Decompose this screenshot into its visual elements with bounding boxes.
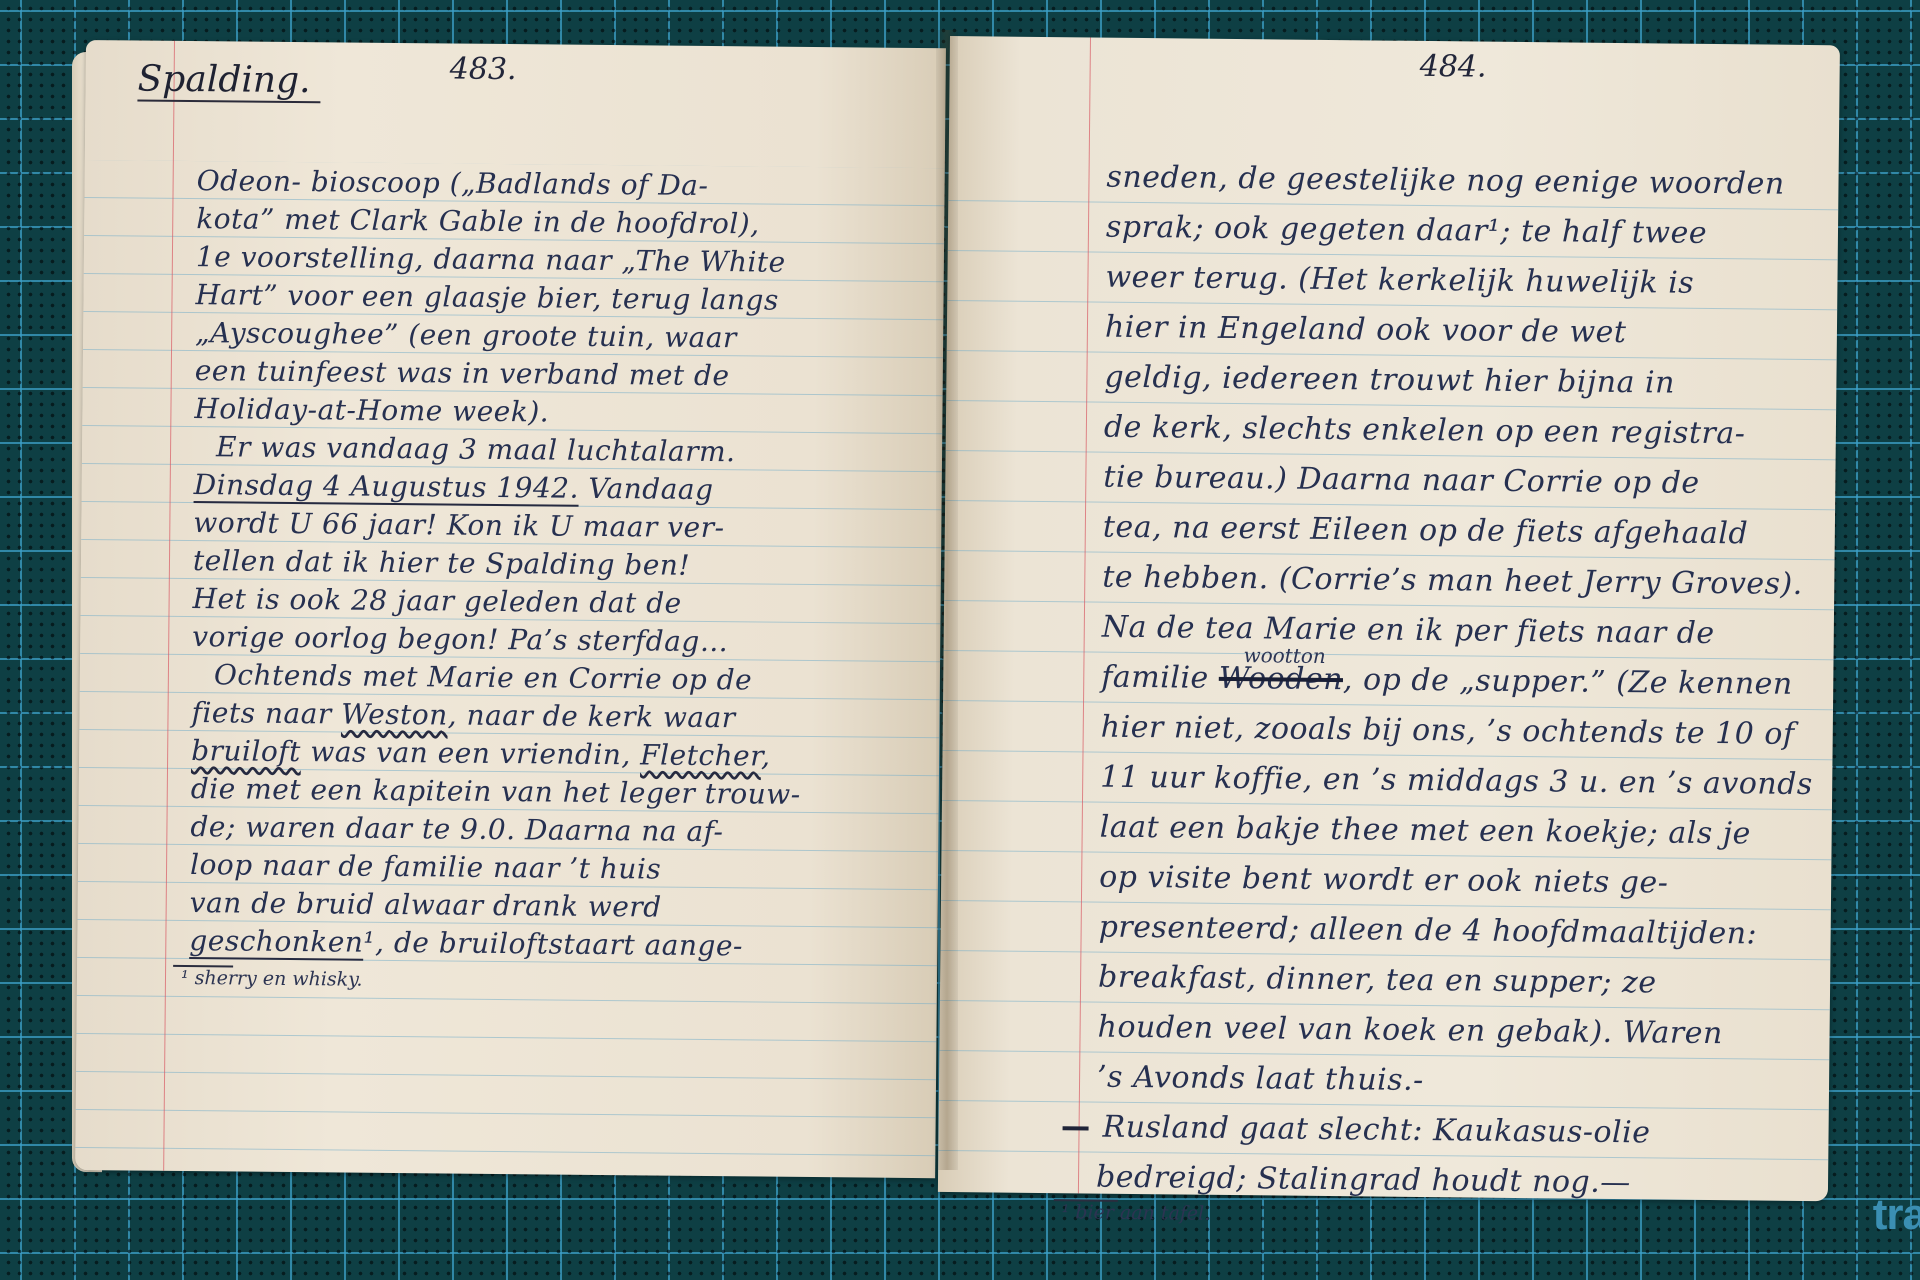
- text-line: Rusland gaat slecht: Kaukasus-olie: [1062, 1107, 1650, 1153]
- text-fragment: Rusland gaat slecht: Kaukasus-olie: [1102, 1110, 1650, 1151]
- right-page: 484. sneden, de geestelijke nog eenige w…: [938, 36, 1840, 1201]
- book-spine-gutter: [936, 30, 958, 1170]
- text-line: presenteerd; alleen de 4 hoofdmaaltijden…: [1098, 908, 1757, 955]
- text-line: sneden, de geestelijke nog eenige woorde…: [1106, 158, 1785, 205]
- text-line: familie Wooden, op de „supper.” (Ze kenn…: [1101, 658, 1793, 705]
- dash-mark: [1063, 1126, 1089, 1130]
- text-line: 11 uur koffie, en ’s middags 3 u. en ’s …: [1100, 758, 1813, 805]
- text-line: tie bureau.) Daarna naar Corrie op de: [1103, 458, 1700, 504]
- text-line: ’s Avonds laat thuis.-: [1097, 1058, 1424, 1101]
- footnote: ¹ bier aan tafel.: [1062, 1201, 1211, 1225]
- text-fragment: familie: [1101, 660, 1219, 696]
- text-line: geldig, iedereen trouwt hier bijna in: [1104, 358, 1675, 404]
- text-line: sprak; ook gegeten daar¹; te half twee: [1106, 208, 1707, 254]
- text-line: tea, na eerst Eileen op de fiets afgehaa…: [1103, 508, 1749, 555]
- struck-out-word: Wooden: [1219, 661, 1344, 697]
- text-line: laat een bakje thee met een koekje; als …: [1100, 808, 1751, 855]
- text-line: bedreigd; Stalingrad houdt nog.—: [1096, 1158, 1631, 1204]
- text-line: weer terug. (Het kerkelijk huwelijk is: [1105, 258, 1694, 304]
- text-line: de kerk, slechts enkelen op een registra…: [1104, 408, 1746, 455]
- text-fragment: , op de „supper.” (Ze kennen: [1343, 662, 1793, 702]
- text-line: hier in Engeland ook voor de wet: [1105, 308, 1627, 353]
- page-number: 484.: [1420, 49, 1487, 85]
- text-line: Na de tea Marie en ik per fiets naar de: [1102, 608, 1715, 654]
- text-line: op visite bent wordt er ook niets ge-: [1099, 858, 1669, 904]
- open-notebook: Spalding. 483. Odeon- bioscoop („Badland…: [0, 0, 1920, 1280]
- text-line: te hebben. (Corrie’s man heet Jerry Grov…: [1102, 558, 1803, 605]
- text-line: hier niet, zooals bij ons, ’s ochtends t…: [1101, 708, 1795, 755]
- text-line: breakfast, dinner, tea en supper; ze: [1098, 958, 1657, 1004]
- left-page-overflow: [75, 40, 946, 1178]
- text-line: houden veel van koek en gebak). Waren: [1097, 1008, 1723, 1055]
